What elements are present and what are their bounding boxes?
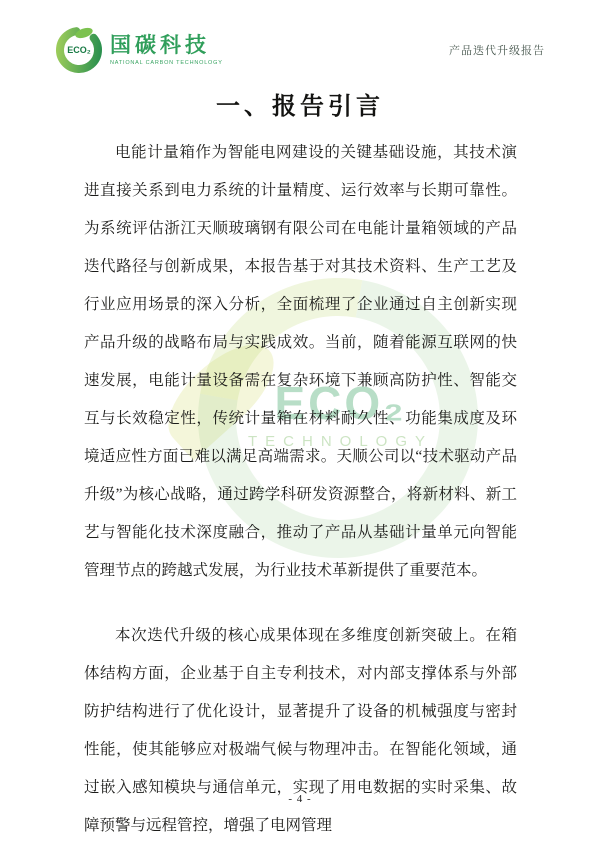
- page-header: ECO₂ 国碳科技 NATIONAL CARBON TECHNOLOGY 产品迭…: [55, 26, 545, 74]
- logo-eco-label: ECO₂: [67, 45, 91, 55]
- document-page: ECO₂ 国碳科技 NATIONAL CARBON TECHNOLOGY 产品迭…: [0, 0, 600, 849]
- paragraph-1: 电能计量箱作为智能电网建设的关键基础设施，其技术演进直接关系到电力系统的计量精度…: [84, 134, 517, 590]
- page-footer: - 4 -: [0, 793, 600, 805]
- eco-logo-icon: ECO₂: [55, 26, 103, 74]
- paragraph-2: 本次迭代升级的核心成果体现在多维度创新突破上。在箱体结构方面，企业基于自主专利技…: [84, 617, 517, 845]
- report-body: 电能计量箱作为智能电网建设的关键基础设施，其技术演进直接关系到电力系统的计量精度…: [84, 134, 517, 845]
- logo-text: 国碳科技 NATIONAL CARBON TECHNOLOGY: [110, 34, 223, 66]
- company-logo: ECO₂ 国碳科技 NATIONAL CARBON TECHNOLOGY: [55, 26, 223, 74]
- page-number: - 4 -: [288, 793, 311, 805]
- report-type-label: 产品迭代升级报告: [449, 42, 545, 58]
- section-title: 一、报告引言: [0, 86, 600, 121]
- company-name-cn: 国碳科技: [110, 34, 223, 58]
- company-name-en: NATIONAL CARBON TECHNOLOGY: [110, 60, 223, 66]
